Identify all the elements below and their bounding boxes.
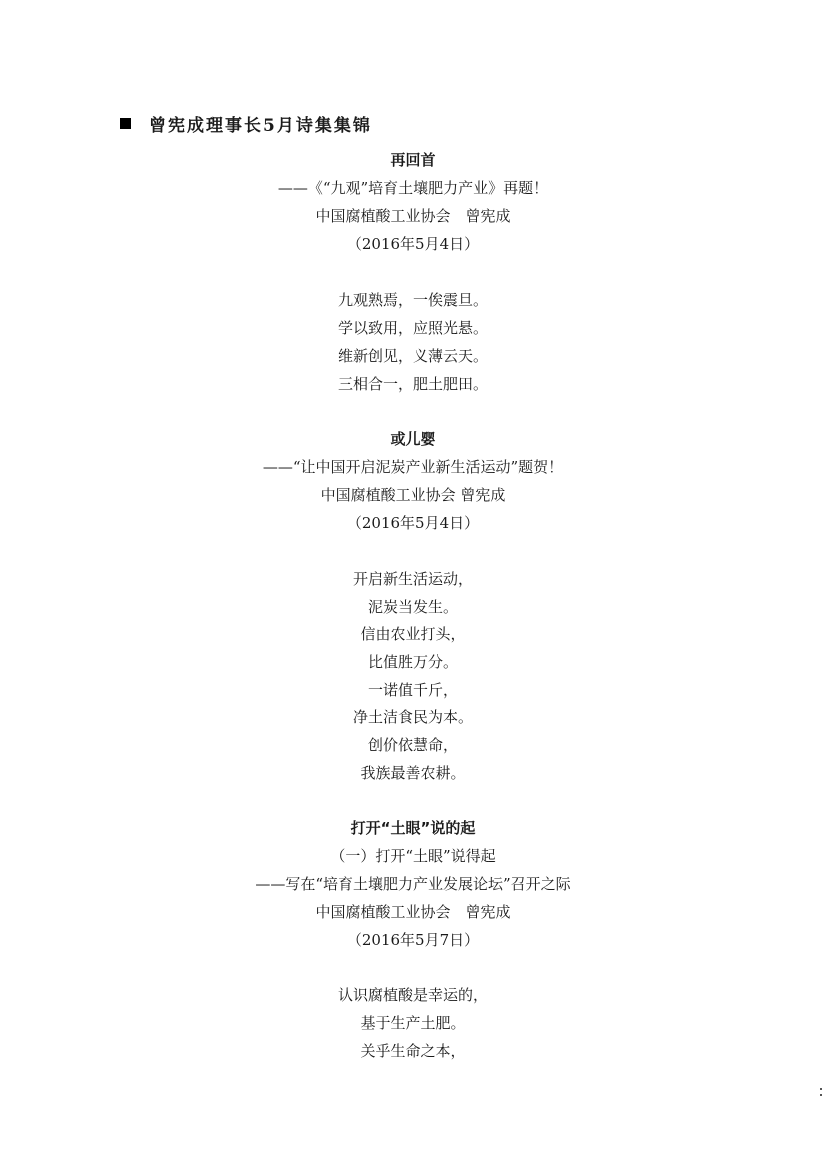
poem-date: （2016年5月7日）	[0, 930, 826, 950]
poem-line: 基于生产土肥。	[0, 1013, 826, 1033]
page-edge-mark	[820, 1088, 822, 1090]
poem-subtitle-pre: （一）打开“土眼”说得起	[0, 846, 826, 866]
poem-subtitle: ——写在“培育土壤肥力产业发展论坛”召开之际	[0, 874, 826, 894]
poem-line: 学以致用，应照光悬。	[0, 318, 826, 338]
poem-line: 比值胜万分。	[0, 652, 826, 672]
poem-line: 九观熟焉，一俟震旦。	[0, 290, 826, 310]
poem-author: 中国腐植酸工业协会 曾宪成	[0, 206, 826, 226]
poem-date: （2016年5月4日）	[0, 513, 826, 533]
poem-author: 中国腐植酸工业协会 曾宪成	[0, 902, 826, 922]
page-edge-mark	[820, 1094, 822, 1096]
poem-line: 三相合一，肥土肥田。	[0, 374, 826, 394]
poem-title: 再回首	[0, 150, 826, 170]
poem-subtitle: ——《“九观”培育土壤肥力产业》再题！	[0, 178, 826, 198]
poem-date: （2016年5月4日）	[0, 234, 826, 254]
poem-title: 打开“土眼”说的起	[0, 818, 826, 838]
square-bullet-icon	[120, 118, 131, 129]
heading-text: 曾宪成理事长5月诗集集锦	[149, 111, 372, 136]
poem-line: 一诺值千斤，	[0, 680, 826, 700]
poem-subtitle: ——“让中国开启泥炭产业新生活运动”题贺！	[0, 457, 826, 477]
poem-line: 信由农业打头，	[0, 624, 826, 644]
poem-title: 或儿婴	[0, 429, 826, 449]
poem-line: 我族最善农耕。	[0, 763, 826, 783]
poem-author: 中国腐植酸工业协会 曾宪成	[0, 485, 826, 505]
poem-line: 开启新生活运动，	[0, 569, 826, 589]
poem-line: 创价依慧命，	[0, 735, 826, 755]
poem-line: 认识腐植酸是幸运的，	[0, 985, 826, 1005]
poem-line: 泥炭当发生。	[0, 597, 826, 617]
section-heading: 曾宪成理事长5月诗集集锦	[120, 111, 372, 136]
poem-line: 净土洁食民为本。	[0, 707, 826, 727]
poem-line: 维新创见，义薄云天。	[0, 346, 826, 366]
poem-line: 关乎生命之本，	[0, 1041, 826, 1061]
